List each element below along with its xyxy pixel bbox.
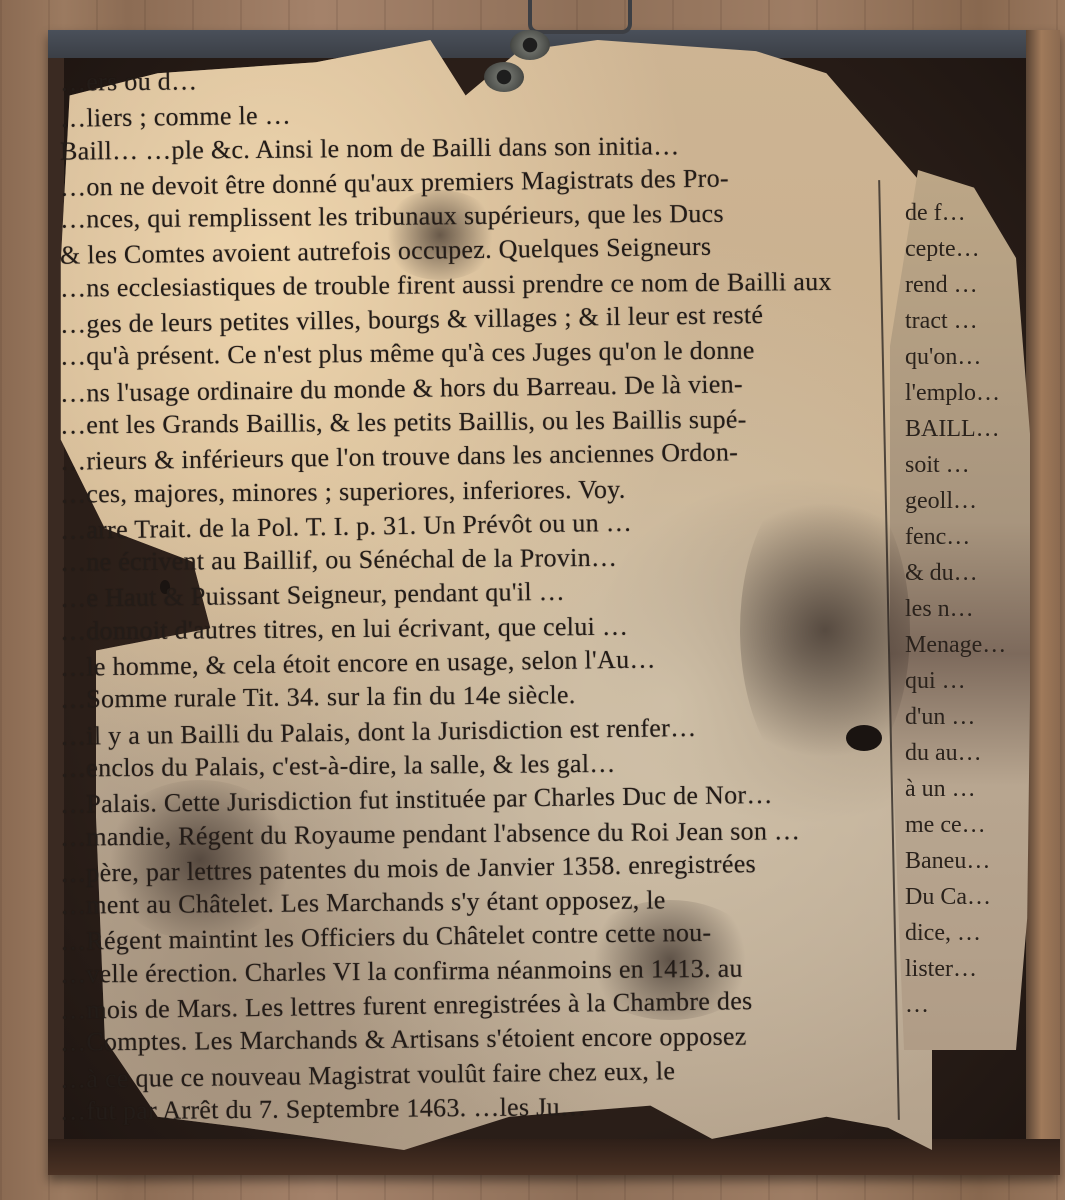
- side-text-line: rend …: [905, 267, 1025, 303]
- side-text-line: à un …: [905, 771, 1025, 807]
- side-text-line: d'un …: [905, 699, 1025, 735]
- main-column-text: …ers ou d… …liers ; comme le … Baill… …p…: [60, 62, 890, 1125]
- side-text-line: l'emplo…: [905, 375, 1025, 411]
- side-text-line: fenc…: [905, 519, 1025, 555]
- side-text-line: me ce…: [905, 807, 1025, 843]
- mount-bottom-edge: [48, 1139, 1060, 1175]
- side-text-line: Menage…: [905, 627, 1025, 663]
- metal-grommet: [510, 30, 550, 60]
- side-text-line: qu'on…: [905, 339, 1025, 375]
- side-text-line: tract …: [905, 303, 1025, 339]
- side-text-line: Baneu…: [905, 843, 1025, 879]
- mount-right-edge: [1026, 30, 1060, 1175]
- hanging-wire: [528, 0, 632, 34]
- side-text-line: Du Ca…: [905, 879, 1025, 915]
- side-text-line: …: [905, 987, 1025, 1023]
- side-text-line: lister…: [905, 951, 1025, 987]
- metal-grommet: [484, 62, 524, 92]
- side-text-line: dice, …: [905, 915, 1025, 951]
- side-text-line: du au…: [905, 735, 1025, 771]
- side-column-text: de f… cepte… rend … tract … qu'on… l'emp…: [905, 195, 1025, 1023]
- side-text-line: de f…: [905, 195, 1025, 231]
- side-text-line: les n…: [905, 591, 1025, 627]
- hanging-hardware: [510, 0, 630, 40]
- side-text-line: soit …: [905, 447, 1025, 483]
- side-text-line: cepte…: [905, 231, 1025, 267]
- side-text-line: BAILL…: [905, 411, 1025, 447]
- side-text-line: qui …: [905, 663, 1025, 699]
- side-text-line: & du…: [905, 555, 1025, 591]
- side-text-line: geoll…: [905, 483, 1025, 519]
- text-line: …fut par Arrêt du 7. Septembre 1463. …le…: [60, 1087, 890, 1129]
